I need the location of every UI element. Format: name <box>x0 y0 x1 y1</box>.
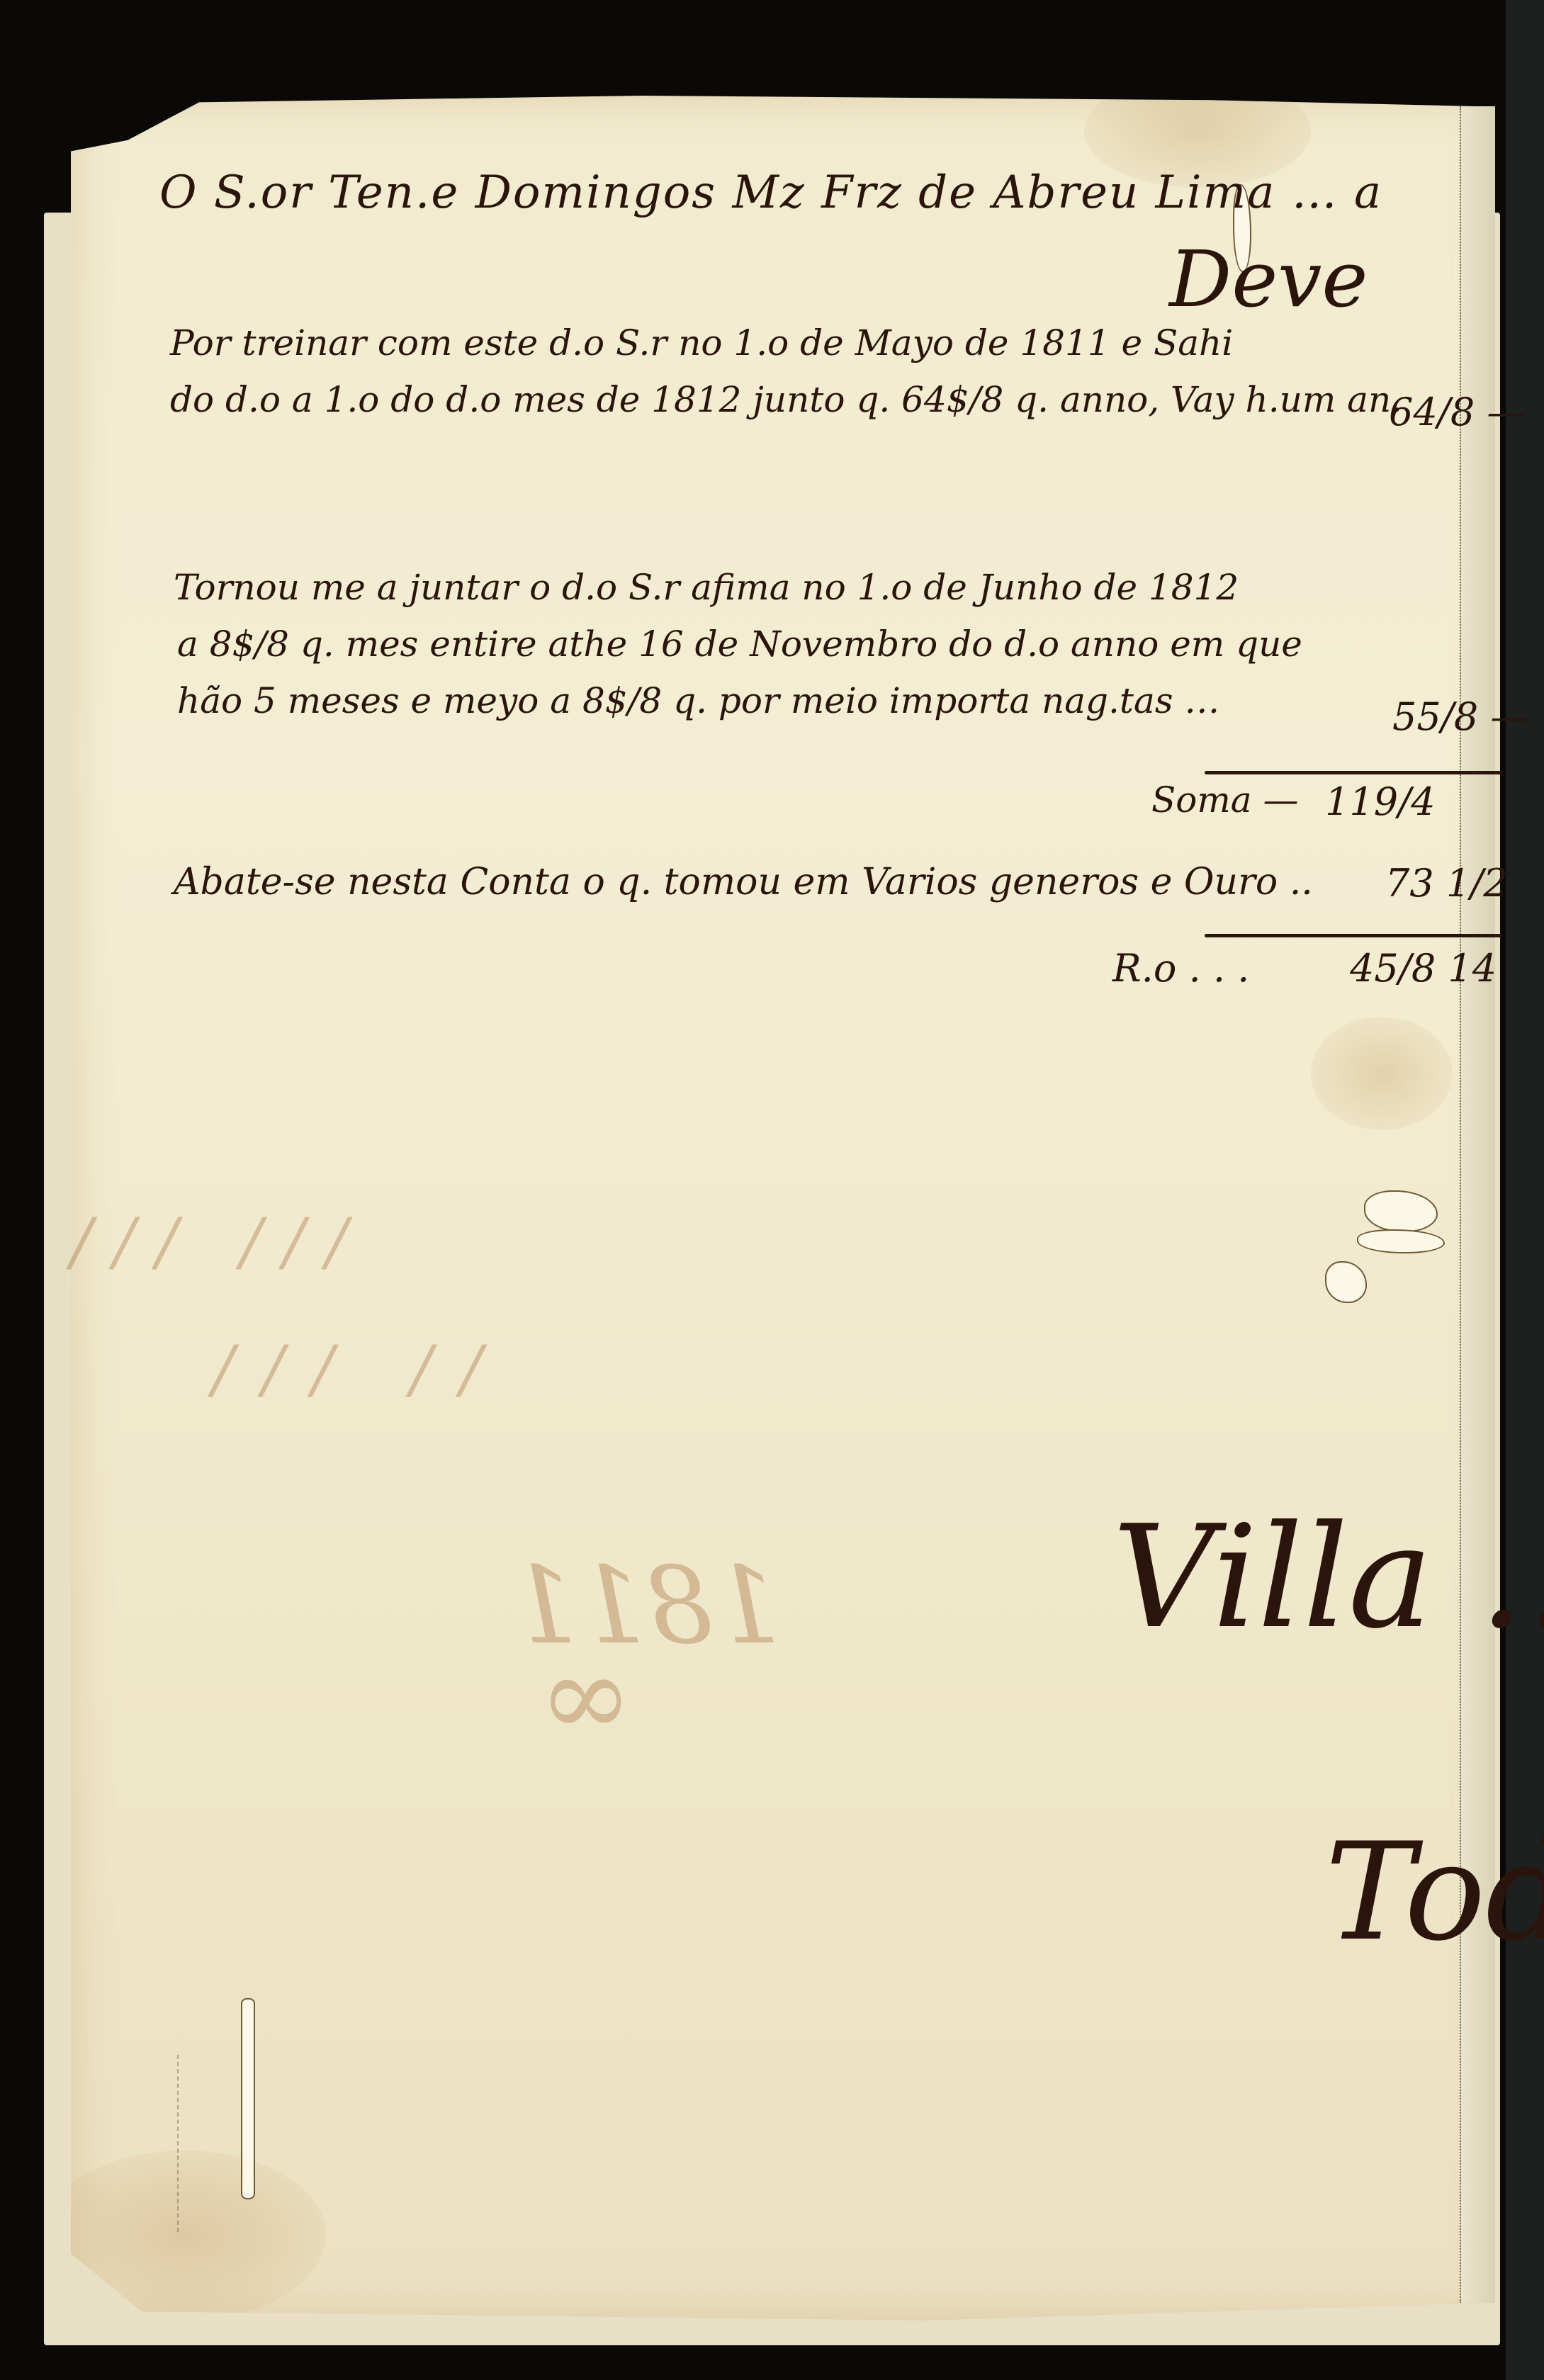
deduction-amount: 73 1/2 <box>1385 861 1508 906</box>
folded-page-edge <box>1460 106 1495 2303</box>
place-signature: Villa … <box>1112 1495 1544 1660</box>
signature-line-2: Toda … <box>1325 1814 1544 1970</box>
entry-1-amount: 64/8 — <box>1389 390 1525 434</box>
entry-2-line-2: a 8$/8 q. mes entire athe 16 de Novembro… <box>177 624 1302 665</box>
bleed-through-flourish: ∞ <box>539 1630 633 1762</box>
entry-1-line-1: Por treinar com este d.o S.r no 1.o de M… <box>170 322 1233 363</box>
bleed-through-strokes: /// // <box>213 1332 510 1406</box>
scanner-backdrop <box>1506 0 1544 2380</box>
bleed-through-strokes: /// /// <box>71 1205 369 1279</box>
entry-2-amount: 55/8 — <box>1392 694 1528 739</box>
soma-label: Soma — <box>1151 779 1298 820</box>
deduction-line: Abate-se nesta Conta o q. tomou em Vario… <box>174 861 1313 903</box>
entry-1-line-2: do d.o a 1.o do d.o mes de 1812 junto q.… <box>170 379 1402 420</box>
balance-rule <box>1205 934 1502 937</box>
deve-heading: Deve <box>1169 234 1368 325</box>
ruled-margin-line <box>177 2055 179 2232</box>
soma-amount: 119/4 <box>1325 779 1436 824</box>
ink-blot-halo <box>1311 1017 1453 1130</box>
entry-2-line-1: Tornou me a juntar o d.o S.r afima no 1.… <box>174 567 1239 608</box>
addressee-line: O S.or Ten.e Domingos Mz Frz de Abreu Li… <box>159 167 1382 219</box>
balance-amount: 45/8 14 <box>1350 946 1497 991</box>
paper-crack <box>241 1998 255 2199</box>
entry-2-line-3: hão 5 meses e meyo a 8$/8 q. por meio im… <box>177 680 1219 721</box>
balance-label: R.o . . . <box>1112 946 1249 991</box>
sum-rule <box>1205 771 1502 774</box>
